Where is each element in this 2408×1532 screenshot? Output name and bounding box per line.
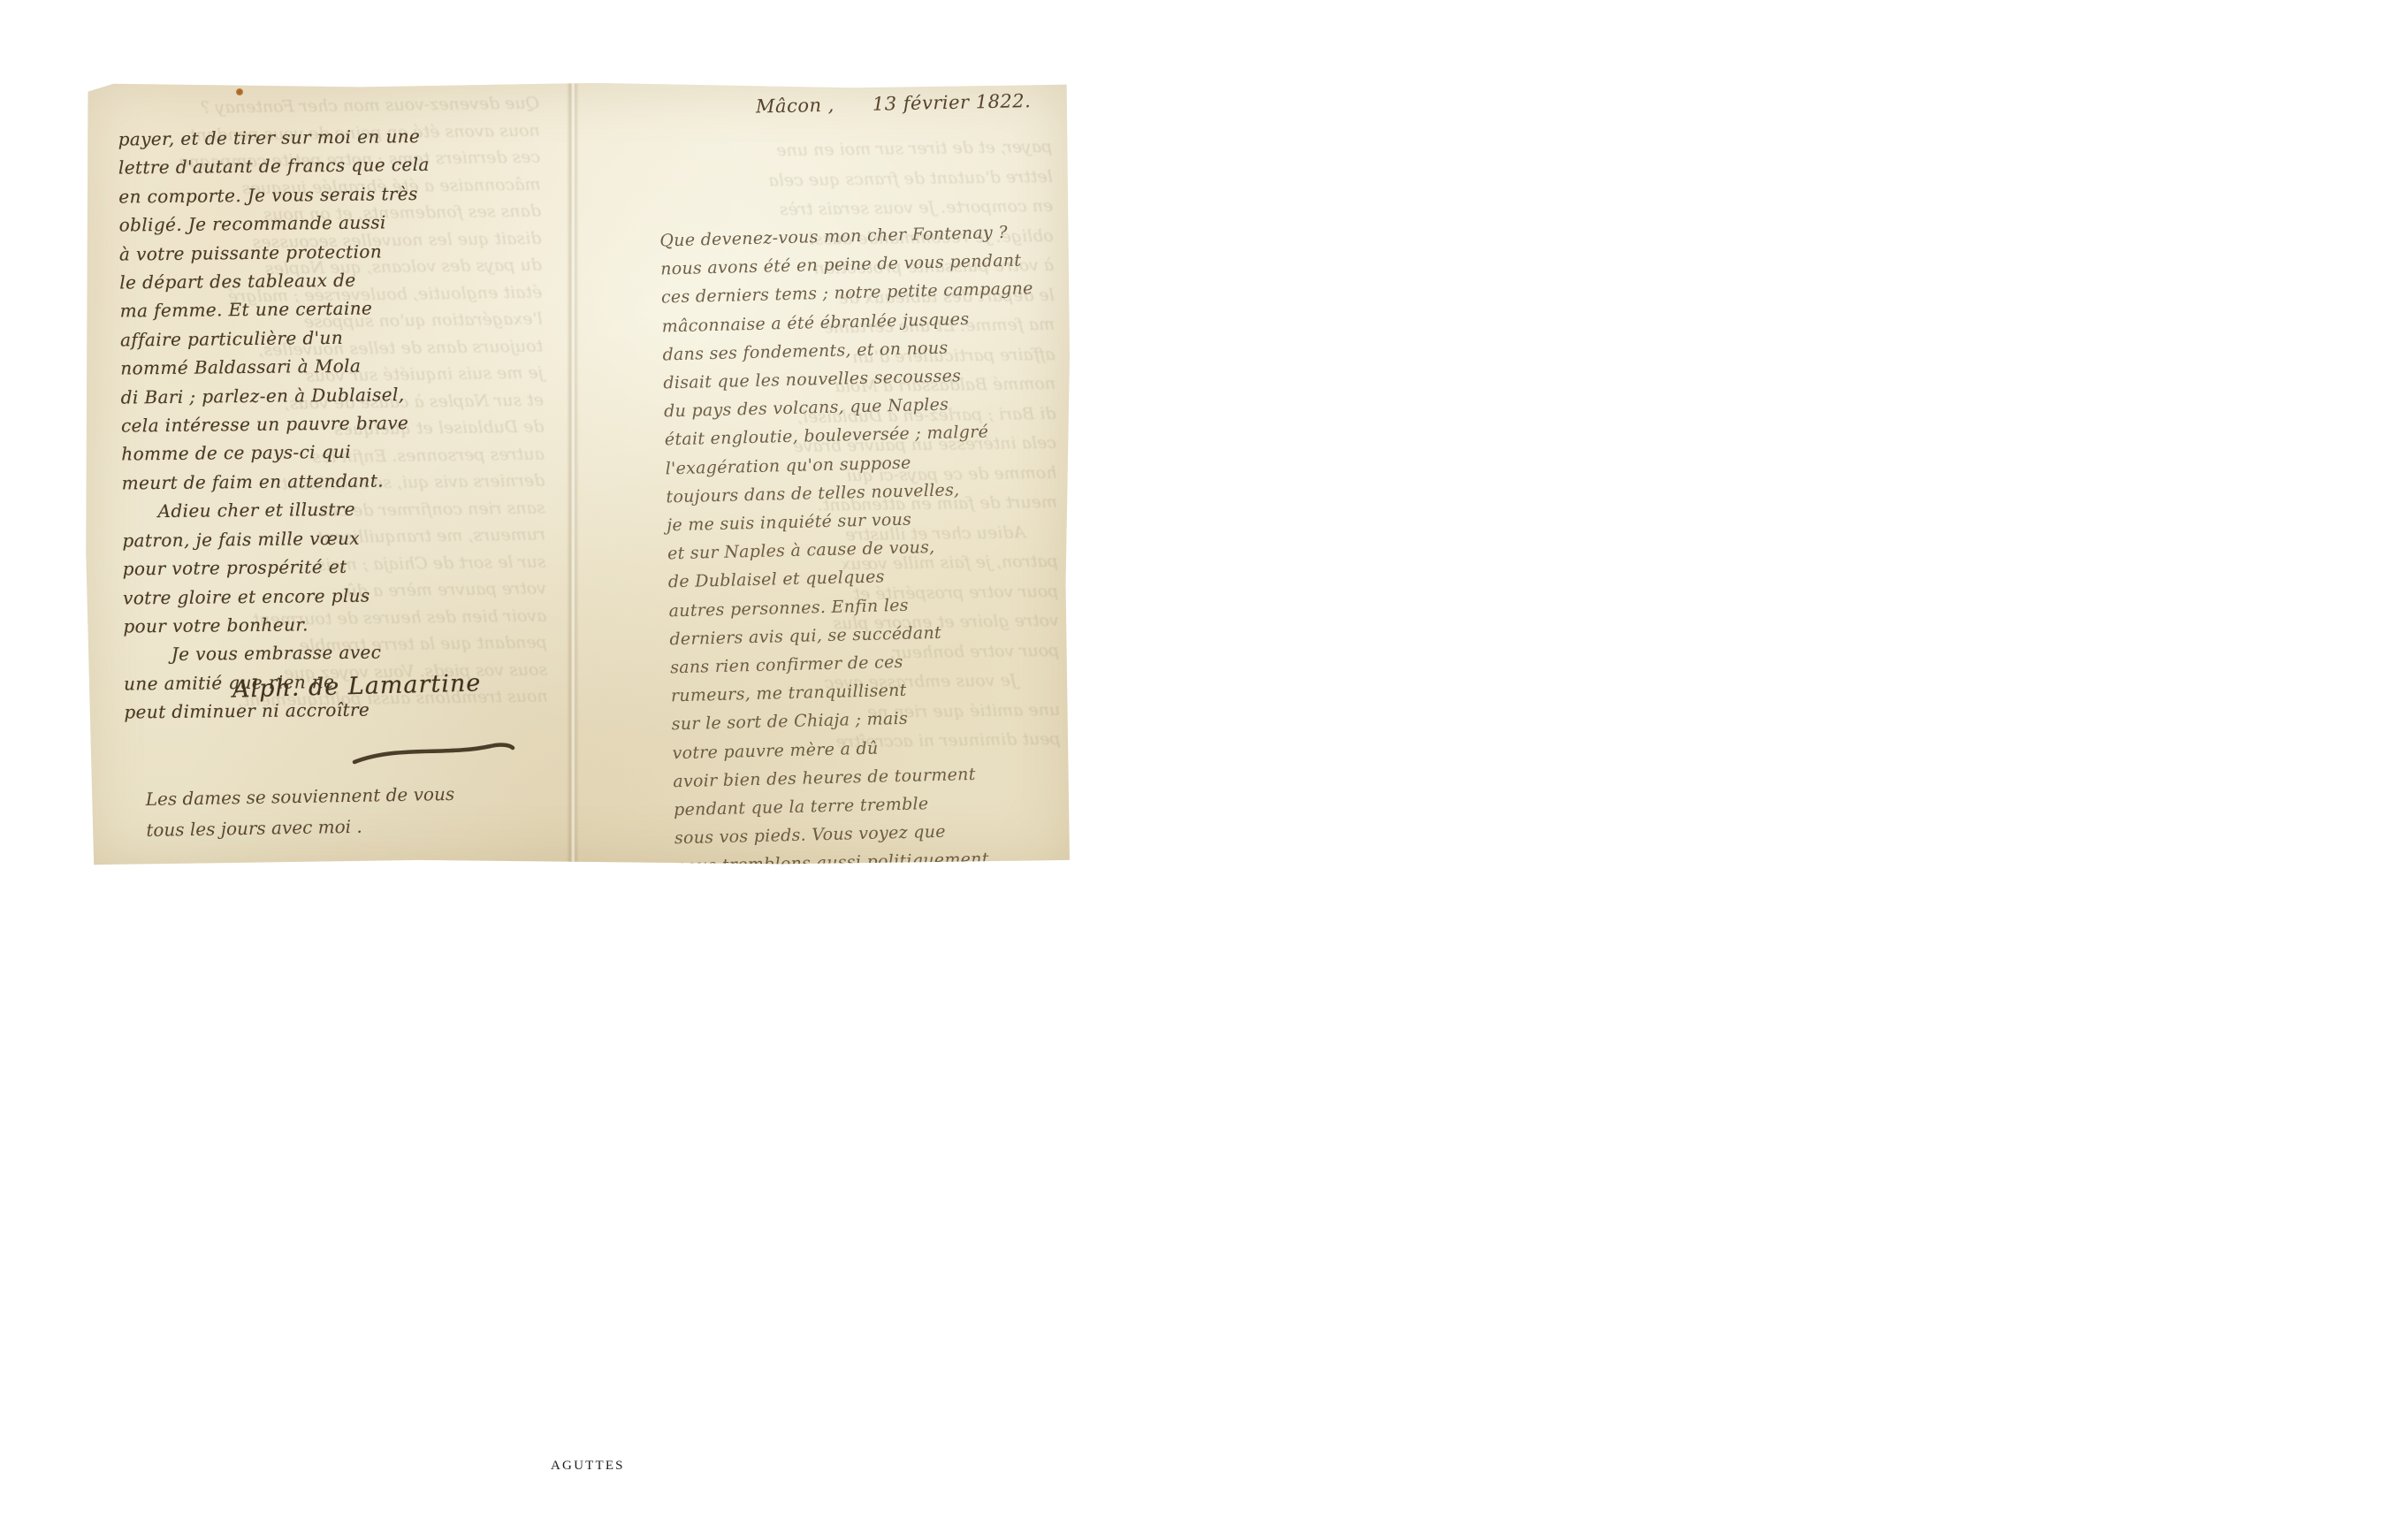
postscript-text: Les dames se souviennent de voustous les… [145, 777, 552, 846]
handwriting-line: votre gloire et encore plus [123, 579, 547, 612]
handwriting-line: à votre puissante protection [119, 235, 544, 268]
handwriting-line: meurt de faim en attendant. [122, 464, 546, 497]
handwriting-line: lettre d'autant de francs que cela [118, 149, 543, 182]
handwriting-line: affaire particulière d'un [120, 321, 545, 354]
handwriting-line: pour votre bonheur. [123, 607, 547, 640]
scan-viewer-canvas: { "letter": { "description_label": "Hand… [0, 0, 2408, 1532]
letter-right-leaf: Mâcon , 13 février 1822. payer, et de ti… [579, 82, 1070, 866]
handwriting-line: en comporte. Je vous serais très [118, 178, 543, 210]
bleedthrough-line: payer, et de tirer sur moi en une [645, 133, 1052, 168]
letter-scan: Que devenez-vous mon cher Fontenay ?nous… [84, 82, 1070, 866]
handwriting-line: patron, je fais mille vœux [122, 522, 546, 554]
handwriting-line: nommé Baldassari à Mola [120, 350, 545, 383]
foxing-spot [236, 88, 243, 95]
right-page-text: Que devenez-vous mon cher Fontenay ?nous… [659, 217, 1064, 881]
signature-flourish-icon [349, 738, 517, 768]
handwriting-line: le départ des tableaux de [119, 264, 544, 297]
handwriting-line: homme de ce pays-ci qui [121, 436, 545, 469]
handwriting-line: obligé. Je recommande aussi [118, 207, 543, 240]
handwriting-line: payer, et de tirer sur moi en une [118, 121, 542, 154]
letter-left-leaf: Que devenez-vous mon cher Fontenay ?nous… [84, 82, 567, 866]
handwriting-line: Adieu cher et illustre [122, 493, 546, 526]
auction-house-caption: AGUTTES [551, 1459, 625, 1474]
handwriting-line: Je vous embrasse avec [124, 636, 548, 669]
date-line: Mâcon , 13 février 1822. [756, 89, 1056, 117]
handwriting-line: pour votre prospérité et [123, 551, 547, 583]
left-page-text: payer, et de tirer sur moi en unelettre … [118, 121, 548, 728]
center-fold [567, 82, 579, 866]
handwriting-line: cela intéresse un pauvre brave [121, 408, 545, 440]
handwriting-line: di Bari ; parlez-en à Dublaisel, [121, 378, 545, 411]
handwriting-line: ma femme. Et une certaine [119, 293, 544, 325]
postscript-line: tous les jours avec moi . [146, 808, 553, 846]
